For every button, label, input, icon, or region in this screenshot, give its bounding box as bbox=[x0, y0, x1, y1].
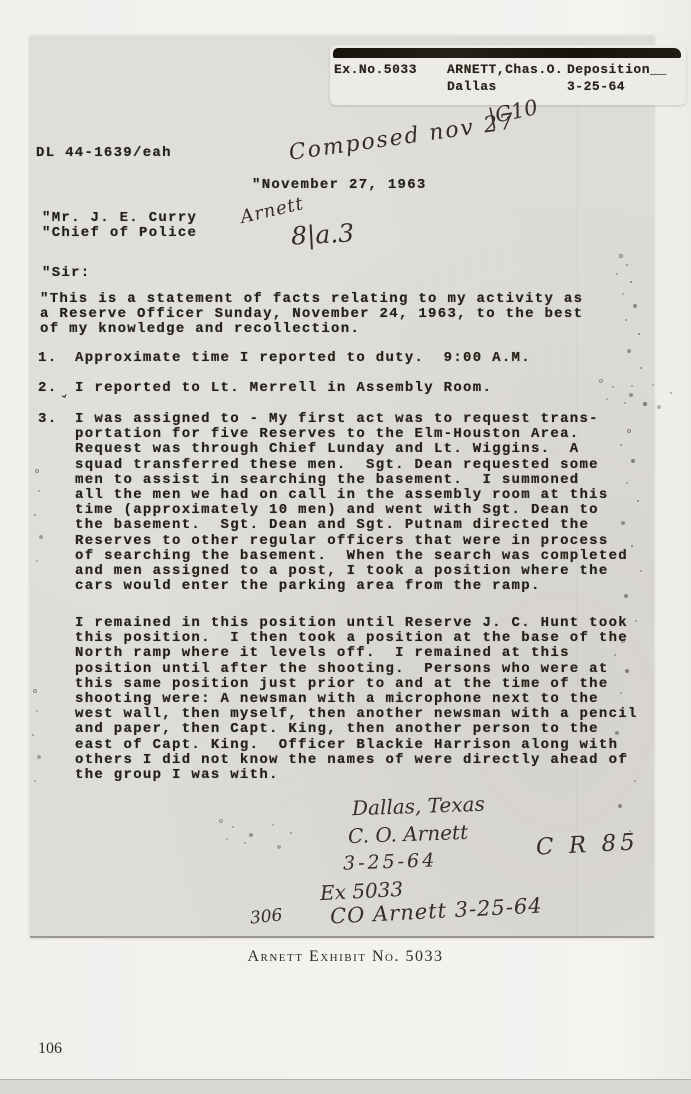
stamp-ink-bar bbox=[333, 48, 681, 58]
text-line: this same position just prior to and at … bbox=[75, 677, 638, 692]
stamp-city: Dallas bbox=[447, 79, 497, 94]
text-line: men to assist in searching the basement.… bbox=[75, 473, 628, 488]
text-line: I reported to Lt. Merrell in Assembly Ro… bbox=[75, 381, 492, 396]
text-line: "Chief of Police bbox=[42, 226, 197, 241]
handwritten-signature: C. O. Arnett bbox=[348, 820, 469, 848]
item-1-text: Approximate time I reported to duty. 9:0… bbox=[75, 351, 531, 366]
text-line: I was assigned to - My first act was to … bbox=[75, 412, 628, 427]
salutation: "Sir: bbox=[42, 266, 91, 281]
text-line: "Mr. J. E. Curry bbox=[42, 211, 197, 226]
item-2-text: I reported to Lt. Merrell in Assembly Ro… bbox=[75, 381, 492, 396]
text-line: I remained in this position until Reserv… bbox=[75, 616, 638, 631]
page-number: 106 bbox=[38, 1040, 62, 1058]
scan-noise bbox=[628, 430, 630, 432]
text-line: "This is a statement of facts relating t… bbox=[40, 292, 583, 307]
text-line: all the men we had on call in the assemb… bbox=[75, 488, 628, 503]
file-reference: DL 44-1639/eah bbox=[36, 146, 172, 161]
text-line: the group I was with. bbox=[75, 768, 638, 783]
text-line: Approximate time I reported to duty. 9:0… bbox=[75, 351, 531, 366]
stamp-exhibit-number: Ex.No.5033 bbox=[334, 62, 417, 77]
item-2-number: 2. bbox=[38, 381, 57, 396]
item-3-text: I was assigned to - My first act was to … bbox=[75, 412, 628, 594]
addressee-block: "Mr. J. E. Curry"Chief of Police bbox=[42, 211, 197, 241]
scan-noise bbox=[36, 470, 38, 472]
handwritten-city: Dallas, Texas bbox=[352, 792, 486, 821]
handwritten-cr-mark: C R 85 bbox=[535, 829, 639, 860]
text-line: east of Capt. King. Officer Blackie Harr… bbox=[75, 738, 638, 753]
stamp-doc-type: Deposition__ bbox=[567, 62, 667, 77]
stamp-deponent-name: ARNETT,Chas.O. bbox=[447, 62, 563, 77]
text-line: Reserves to other regular officers that … bbox=[75, 534, 628, 549]
scan-noise bbox=[34, 690, 36, 692]
text-line: cars would enter the parking area from t… bbox=[75, 579, 628, 594]
stray-check-mark: ⌄ bbox=[57, 387, 67, 395]
text-line: Request was through Chief Lunday and Lt.… bbox=[75, 442, 628, 457]
handwritten-page-mark: 306 bbox=[249, 905, 283, 928]
text-line: and paper, then Capt. King, then another… bbox=[75, 722, 638, 737]
exhibit-caption: Arnett Exhibit No. 5033 bbox=[0, 948, 691, 966]
scan-noise bbox=[620, 255, 622, 257]
closing-paragraph: I remained in this position until Reserv… bbox=[75, 616, 638, 783]
exhibit-stamp: Ex.No.5033 ARNETT,Chas.O. Deposition__ D… bbox=[330, 45, 686, 105]
text-line: and men assigned to a post, I took a pos… bbox=[75, 564, 628, 579]
intro-paragraph: "This is a statement of facts relating t… bbox=[40, 292, 583, 338]
stamp-date: 3-25-64 bbox=[567, 79, 625, 94]
text-line: of my knowledge and recollection. bbox=[40, 322, 583, 337]
scan-noise bbox=[600, 380, 602, 382]
item-3-number: 3. bbox=[38, 412, 57, 427]
text-line: position until after the shooting. Perso… bbox=[75, 662, 638, 677]
scan-noise bbox=[220, 820, 222, 822]
next-page-edge bbox=[0, 1079, 691, 1094]
text-line: others I did not know the names of were … bbox=[75, 753, 638, 768]
handwritten-date: 3-25-64 bbox=[343, 849, 438, 874]
text-line: of searching the basement. When the sear… bbox=[75, 549, 628, 564]
item-1-number: 1. bbox=[38, 351, 57, 366]
handwritten-file-mark: 8|a.3 bbox=[290, 218, 355, 250]
text-line: shooting were: A newsman with a micropho… bbox=[75, 692, 638, 707]
text-line: North ramp where it levels off. I remain… bbox=[75, 646, 638, 661]
date-line: "November 27, 1963 bbox=[252, 178, 427, 193]
text-line: the basement. Sgt. Dean and Sgt. Putnam … bbox=[75, 518, 628, 533]
text-line: squad transferred these men. Sgt. Dean r… bbox=[75, 458, 628, 473]
